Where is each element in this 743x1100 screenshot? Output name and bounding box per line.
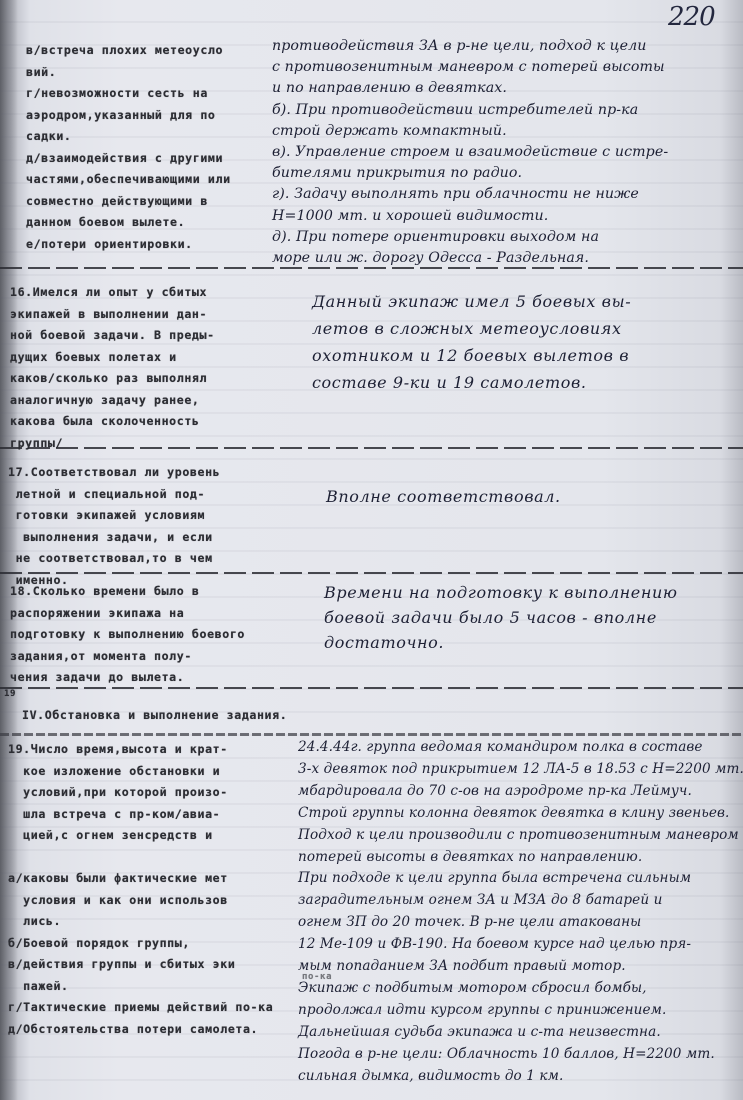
text-line: распоряжении экипажа на	[10, 603, 245, 625]
text-line: мым попаданием ЗА подбит правый мотор.	[298, 956, 743, 978]
text-line: шла встреча с пр-ком/авиа-	[8, 804, 273, 826]
text-line: с противозенитным маневром с потерей выс…	[272, 57, 668, 78]
section-16-question: 16.Имелся ли опыт у сбитыхэкипажей в вып…	[10, 282, 215, 454]
text-line: данном боевом вылете.	[26, 212, 231, 234]
text-line: 18.Сколько времени было в	[10, 581, 245, 603]
text-line: и по направлению в девятках.	[272, 78, 668, 99]
text-line: е/потери ориентировки.	[26, 234, 231, 256]
text-line: цией,с огнем зенсредств и	[8, 825, 273, 847]
text-line: экипажей в выполнении дан-	[10, 304, 215, 326]
section-15-answers: противодействия ЗА в р-не цели, подход к…	[272, 36, 668, 269]
text-line: мбардировала до 70 с-ов на аэродроме пр-…	[298, 781, 743, 803]
text-line: вий.	[26, 62, 231, 84]
text-line: Погода в р-не цели: Облачность 10 баллов…	[298, 1044, 743, 1066]
text-line: продолжал идти курсом группы с принижени…	[298, 1000, 743, 1022]
text-line: аналогичную задачу ранее,	[10, 390, 215, 412]
text-line: совместно действующими в	[26, 191, 231, 213]
text-line: д/взаимодействия с другими	[26, 148, 231, 170]
text-line: строй держать компактный.	[272, 121, 668, 142]
text-line: летной и специальной под-	[8, 484, 220, 506]
text-line: б). При противодействии истребителей пр-…	[272, 100, 668, 121]
text-line: составе 9-ки и 19 самолетов.	[312, 369, 631, 396]
text-line	[8, 847, 273, 869]
text-line: частями,обеспечивающими или	[26, 169, 231, 191]
text-line: 16.Имелся ли опыт у сбитых	[10, 282, 215, 304]
text-line: б/Боевой порядок группы,	[8, 933, 273, 955]
section-divider	[0, 572, 743, 574]
text-line: 24.4.44г. группа ведомая командиром полк…	[298, 737, 743, 759]
margin-mark: 19	[4, 688, 16, 700]
section-divider	[0, 687, 743, 689]
text-line: 3-х девяток под прикрытием 12 ЛА-5 в 18.…	[298, 759, 743, 781]
text-line: подготовку к выполнению боевого	[10, 624, 245, 646]
section-divider	[0, 267, 743, 269]
text-line: 12 Ме-109 и ФВ-190. На боевом курсе над …	[298, 934, 743, 956]
text-line: г/невозможности сесть на	[26, 83, 231, 105]
text-line: кое изложение обстановки и	[8, 761, 273, 783]
text-line: лись.	[8, 911, 273, 933]
text-line: 19.Число время,высота и крат-	[8, 739, 273, 761]
text-line: д). При потере ориентировки выходом на	[272, 227, 668, 248]
text-line: в/встреча плохих метеоусло	[26, 40, 231, 62]
section-divider	[0, 447, 743, 449]
text-line: Времени на подготовку к выполнению	[324, 580, 678, 605]
text-line: бителями прикрытия по радио.	[272, 163, 668, 184]
text-line: пажей.	[8, 976, 273, 998]
text-line: Н=1000 мт. и хорошей видимости.	[272, 206, 668, 227]
text-line: 17.Соответствовал ли уровень	[8, 462, 220, 484]
text-line: Данный экипаж имел 5 боевых вы-	[312, 288, 631, 315]
text-line: в/действия группы и сбитых эки	[8, 954, 273, 976]
text-line: а/каковы были фактические мет	[8, 868, 273, 890]
text-line: ной боевой задачи. В преды-	[10, 325, 215, 347]
section-17-answer: Вполне соответствовал.	[326, 484, 561, 510]
text-line: Вполне соответствовал.	[326, 484, 561, 510]
text-line: не соответствовал,то в чем	[8, 548, 220, 570]
text-line: Строй группы колонна девяток девятка в к…	[298, 803, 743, 825]
text-line: условия и как они использов	[8, 890, 273, 912]
section-divider	[0, 733, 743, 736]
section-18-answer: Времени на подготовку к выполнениюбоевой…	[324, 580, 678, 655]
text-line: условий,при которой произо-	[8, 782, 273, 804]
text-line: заградительным огнем ЗА и МЗА до 8 батар…	[298, 890, 743, 912]
text-line: каков/сколько раз выполнял	[10, 368, 215, 390]
text-line: достаточно.	[324, 630, 678, 655]
section-19-questions: 19.Число время,высота и крат- кое изложе…	[8, 739, 273, 1040]
text-line: Дальнейшая судьба экипажа и с-та неизвес…	[298, 1022, 743, 1044]
section-19-answer: 24.4.44г. группа ведомая командиром полк…	[298, 737, 743, 1088]
text-line: группы/	[10, 433, 215, 455]
section-15-questions: в/встреча плохих метеоусловий.г/невозмож…	[26, 40, 231, 255]
text-line: охотником и 12 боевых вылетов в	[312, 342, 631, 369]
text-line: готовки экипажей условиям	[8, 505, 220, 527]
section-iv-heading: IV.Обстановка и выполнение задания.	[22, 705, 287, 727]
margin-mark: по-ка	[302, 970, 332, 984]
section-16-answer: Данный экипаж имел 5 боевых вы-летов в с…	[312, 288, 631, 396]
text-line: летов в сложных метеоусловиях	[312, 315, 631, 342]
text-line: садки.	[26, 126, 231, 148]
archive-page-number: 220	[668, 2, 715, 32]
text-line: аэродром,указанный для по	[26, 105, 231, 127]
text-line: д/Обстоятельства потери самолета.	[8, 1019, 273, 1041]
text-line: какова была сколоченность	[10, 411, 215, 433]
text-line: дущих боевых полетах и	[10, 347, 215, 369]
text-line: г/Тактические приемы действий по-ка	[8, 997, 273, 1019]
text-line: потерей высоты в девятках по направлению…	[298, 847, 743, 869]
text-line: Экипаж с подбитым мотором сбросил бомбы,	[298, 978, 743, 1000]
text-line: чения задачи до вылета.	[10, 667, 245, 689]
text-line: в). Управление строем и взаимодействие с…	[272, 142, 668, 163]
text-line: сильная дымка, видимость до 1 км.	[298, 1066, 743, 1088]
text-line: г). Задачу выполнять при облачности не н…	[272, 184, 668, 205]
section-18-question: 18.Сколько времени было враспоряжении эк…	[10, 581, 245, 689]
text-line: огнем ЗП до 20 точек. В р-не цели атаков…	[298, 912, 743, 934]
text-line: При подходе к цели группа была встречена…	[298, 868, 743, 890]
text-line: Подход к цели производили с противозенит…	[298, 825, 743, 847]
text-line: выполнения задачи, и если	[8, 527, 220, 549]
text-line: задания,от момента полу-	[10, 646, 245, 668]
text-line: боевой задачи было 5 часов - вполне	[324, 605, 678, 630]
text-line: противодействия ЗА в р-не цели, подход к…	[272, 36, 668, 57]
